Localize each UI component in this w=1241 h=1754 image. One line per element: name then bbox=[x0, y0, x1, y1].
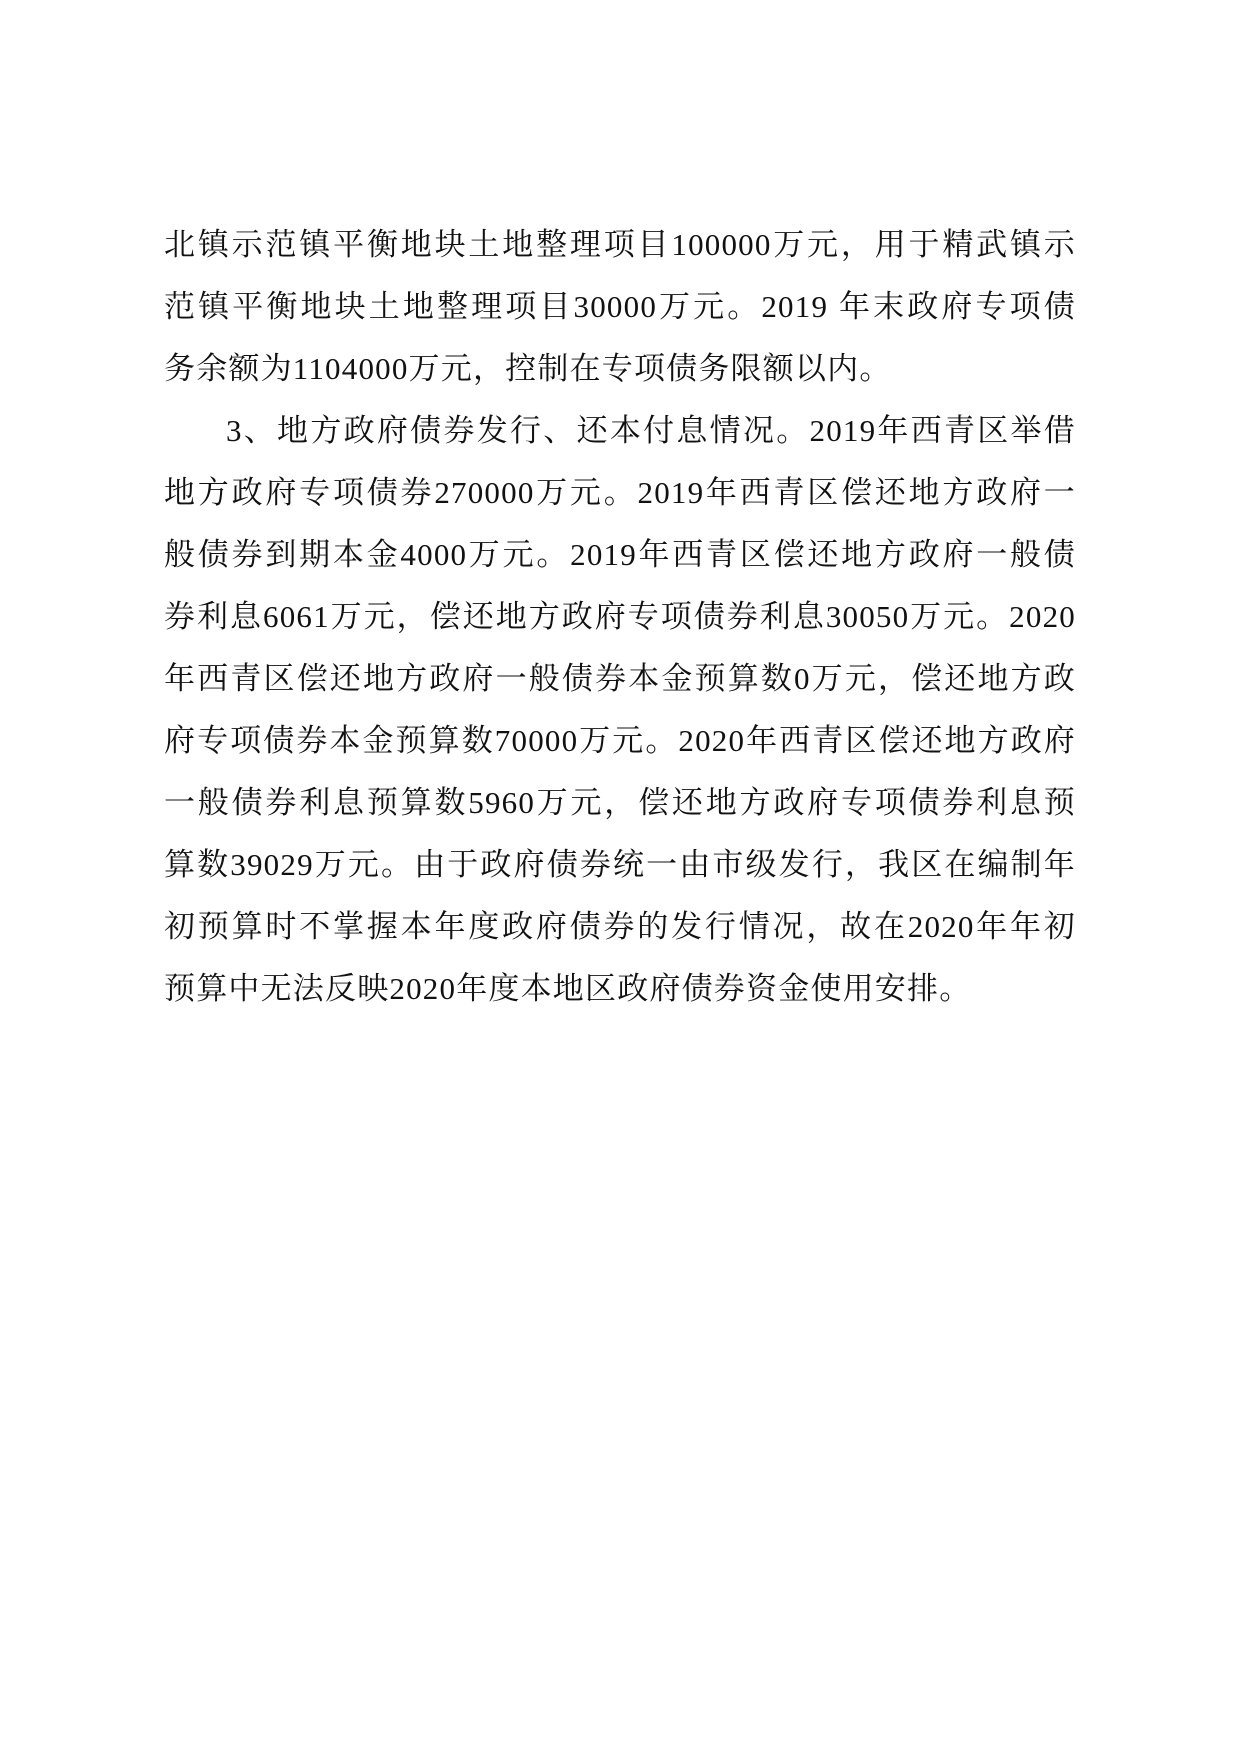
text-line: 范镇平衡地块土地整理项目30000万元。2019 年末政府专项债 bbox=[164, 276, 1076, 338]
text-line: 算数39029万元。由于政府债券统一由市级发行，我区在编制年 bbox=[164, 834, 1076, 896]
text-line: 北镇示范镇平衡地块土地整理项目100000万元，用于精武镇示 bbox=[164, 214, 1076, 276]
document-page: 北镇示范镇平衡地块土地整理项目100000万元，用于精武镇示 范镇平衡地块土地整… bbox=[164, 214, 1076, 1020]
text-line: 一般债券利息预算数5960万元，偿还地方政府专项债券利息预 bbox=[164, 772, 1076, 834]
text-line: 务余额为1104000万元，控制在专项债务限额以内。 bbox=[164, 338, 1076, 400]
text-line: 地方政府专项债券270000万元。2019年西青区偿还地方政府一 bbox=[164, 462, 1076, 524]
text-line: 般债券到期本金4000万元。2019年西青区偿还地方政府一般债 bbox=[164, 524, 1076, 586]
text-line: 3、地方政府债券发行、还本付息情况。2019年西青区举借 bbox=[164, 400, 1076, 462]
paragraph-special-debt-balance: 北镇示范镇平衡地块土地整理项目100000万元，用于精武镇示 范镇平衡地块土地整… bbox=[164, 214, 1076, 400]
text-line: 预算中无法反映2020年度本地区政府债券资金使用安排。 bbox=[164, 958, 1076, 1020]
text-line: 券利息6061万元，偿还地方政府专项债券利息30050万元。2020 bbox=[164, 586, 1076, 648]
text-line: 年西青区偿还地方政府一般债券本金预算数0万元，偿还地方政 bbox=[164, 648, 1076, 710]
paragraph-bond-issuance-repayment: 3、地方政府债券发行、还本付息情况。2019年西青区举借 地方政府专项债券270… bbox=[164, 400, 1076, 1020]
text-line: 初预算时不掌握本年度政府债券的发行情况，故在2020年年初 bbox=[164, 896, 1076, 958]
text-line: 府专项债券本金预算数70000万元。2020年西青区偿还地方政府 bbox=[164, 710, 1076, 772]
